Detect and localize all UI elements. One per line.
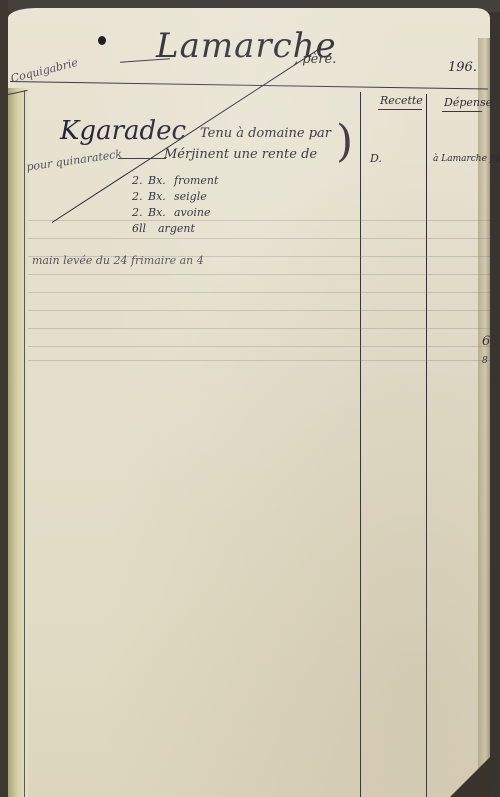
edge-mark: 6 [482,334,490,349]
entry-footnote: main levée du 24 frimaire an 4 [32,254,204,267]
ruled-line [28,238,490,239]
edge-mark: 8 [482,356,488,366]
item-qty: 2. [132,190,143,203]
item-good: avoine [174,206,211,219]
ink-blot [98,36,106,45]
ledger-page: Coquigabrie Lamarche , père. 196. Recett… [8,8,490,797]
item-unit: Bx. [148,174,166,187]
recette-value: D. [370,152,382,165]
depense-column-rule [426,94,427,797]
book-spine [0,0,8,797]
ruled-line [28,220,490,221]
item-qty: 6ll [132,222,146,235]
entry-brace: ) [336,116,353,167]
recette-column-rule [360,92,361,797]
page-corner [450,757,490,797]
item-good: froment [174,174,218,187]
ruled-line [28,274,490,275]
item-qty: 2. [132,206,143,219]
ruled-line [28,310,490,311]
entry-dash [118,158,166,159]
depense-header-underline [442,111,482,112]
item-unit: Bx. [148,206,166,219]
item-unit: Bx. [148,190,166,203]
left-margin-rule [24,90,25,797]
item-good: seigle [174,190,207,203]
ruled-line [28,328,490,329]
ruled-line [28,292,490,293]
depense-column-header: Dépense [444,96,492,109]
page-number: 196. [448,60,477,75]
page-gutter [8,88,28,797]
header-rule [10,81,488,90]
recette-header-underline [378,109,422,110]
item-good: argent [158,222,195,235]
depense-value: à Lamarche fils [433,154,500,164]
entry-description-line1: Tenu à domaine par [200,126,331,141]
entry-name: Kgaradec [60,116,186,146]
entry-description-line2: Mérjinent une rente de [164,147,317,162]
facing-page-edge [478,38,490,778]
recette-column-header: Recette [380,94,423,107]
ledger-scan: Coquigabrie Lamarche , père. 196. Recett… [0,0,500,797]
ruled-line [28,360,490,361]
entry-margin-note: pour quinarateck [26,147,123,173]
ruled-line [28,346,490,347]
item-qty: 2. [132,174,143,187]
